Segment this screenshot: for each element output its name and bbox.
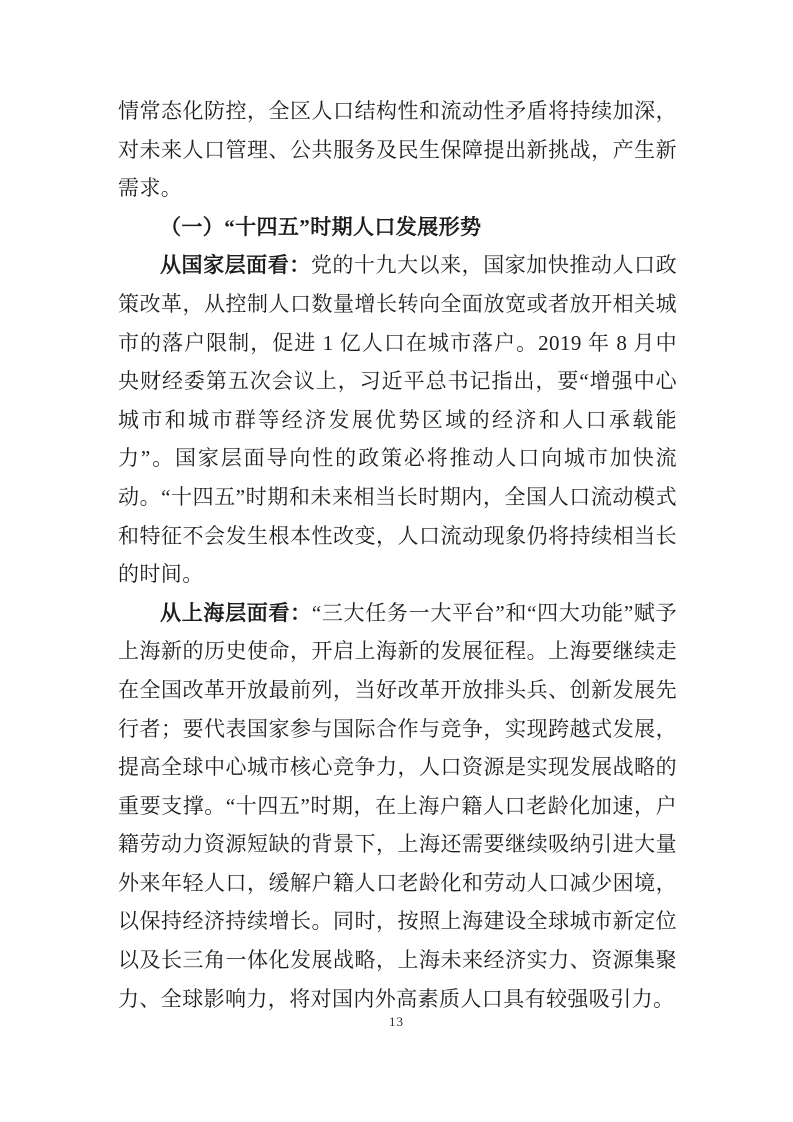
paragraph-lead-shanghai: 从上海层面看： [160,601,312,625]
document-body: 情常态化防控，全区人口结构性和流动性矛盾将持续加深，对未来人口管理、公共服务及民… [118,92,677,1018]
paragraph-text-national: 党的十九大以来，国家加快推动人口政策改革，从控制人口数量增长转向全面放宽或者放开… [118,253,677,586]
paragraph-text-shanghai: “三大任务一大平台”和“四大功能”赋予上海新的历史使命，开启上海新的发展征程。上… [118,601,677,1011]
paragraph-shanghai-level: 从上海层面看：“三大任务一大平台”和“四大功能”赋予上海新的历史使命，开启上海新… [118,594,677,1019]
paragraph-national-level: 从国家层面看：党的十九大以来，国家加快推动人口政策改革，从控制人口数量增长转向全… [118,246,677,593]
section-heading: （一）“十四五”时期人口发展形势 [118,208,677,247]
document-page: 情常态化防控，全区人口结构性和流动性矛盾将持续加深，对未来人口管理、公共服务及民… [0,0,793,1122]
paragraph-continuation: 情常态化防控，全区人口结构性和流动性矛盾将持续加深，对未来人口管理、公共服务及民… [118,92,677,208]
page-number: 13 [0,1014,793,1030]
paragraph-lead-national: 从国家层面看： [160,253,311,277]
